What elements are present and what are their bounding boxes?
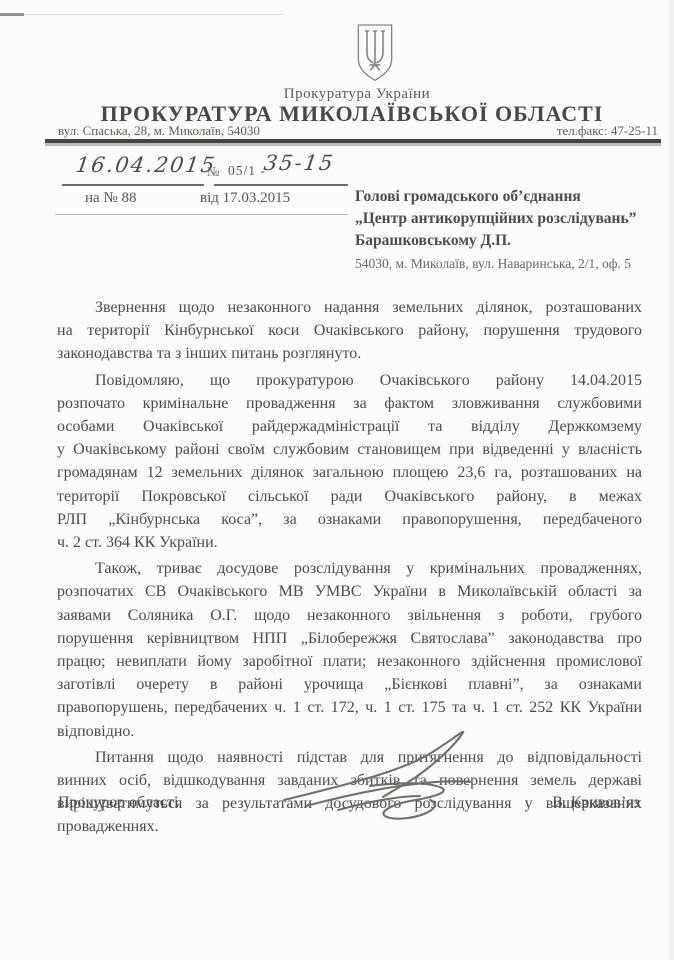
outgoing-number-typed: 05/1 - xyxy=(228,163,266,179)
outgoing-date-handwritten: 16.04.2015 xyxy=(74,153,218,177)
scanned-letter-page: Прокуратура України ПРОКУРАТУРА МИКОЛАЇВ… xyxy=(0,0,674,960)
header-divider xyxy=(45,139,661,143)
scan-artifact-line xyxy=(0,13,24,16)
paragraph-line: ч. 2 ст. 364 КК України. xyxy=(57,531,642,554)
paragraph-line: території Покровської сільської ради Оча… xyxy=(57,485,642,508)
number-symbol: № xyxy=(207,164,219,180)
form-underline xyxy=(62,184,204,186)
reply-to-number: на № 88 xyxy=(85,190,137,207)
addressee-address: 54030, м. Миколаїв, вул. Наваринська, 2/… xyxy=(355,256,647,272)
paragraph: Повідомляю, що прокуратурою Очаківського… xyxy=(57,369,642,555)
org-phone: тел.факс: 47-25-11 xyxy=(557,123,658,139)
paragraph-line: Звернення щодо незаконного надання земел… xyxy=(57,296,642,319)
ukraine-trident-emblem xyxy=(355,22,395,84)
addressee-line: Голові громадського об’єднання xyxy=(355,186,647,208)
addressee-line: Барашковському Д.П. xyxy=(355,230,647,252)
paragraph-line: розпочато кримінальне провадження за фак… xyxy=(57,392,642,415)
paragraph: Звернення щодо незаконного надання земел… xyxy=(57,296,642,366)
paragraph-line: правопорушень, передбачених ч. 1 ст. 172… xyxy=(57,696,642,719)
scan-artifact-line xyxy=(24,14,284,15)
reply-to-date: від 17.03.2015 xyxy=(200,190,290,207)
paragraph-line: законодавства та з інших питань розгляну… xyxy=(57,342,642,365)
paragraph-line: працю; невиплати йому заробітної плати; … xyxy=(57,650,642,673)
paragraph-line: заготівлі очерету в районі урочища „Бієн… xyxy=(57,673,642,696)
outgoing-number-handwritten: 35-15 xyxy=(262,151,336,175)
paragraph-line: Повідомляю, що прокуратурою Очаківського… xyxy=(57,369,642,392)
paragraph-line: громадянам 12 земельних ділянок загально… xyxy=(57,461,642,484)
paragraph-line: особами Очаківської райдержадміністрації… xyxy=(57,415,642,438)
form-underline xyxy=(214,184,348,186)
org-address: вул. Спаська, 28, м. Миколаїв, 54030 xyxy=(58,123,260,139)
signer-position: Прокурор області xyxy=(58,794,178,812)
signer-name: В. Кривов’яз xyxy=(552,794,640,812)
handwritten-signature xyxy=(278,722,493,827)
form-underline xyxy=(55,214,348,215)
paragraph-line: порушення керівництвом НПП „Білобережжя … xyxy=(57,627,642,650)
addressee-block: Голові громадського об’єднання „Центр ан… xyxy=(355,186,647,272)
addressee-line: „Центр антикорупційних розслідувань” xyxy=(355,208,647,230)
paragraph-line: РЛП „Кінбурнська коса”, за ознаками прав… xyxy=(57,508,642,531)
paragraph: Також, триває досудове розслідування у к… xyxy=(57,557,642,743)
paragraph-line: розпочатих СВ Очаківського МВ УМВС Украї… xyxy=(57,580,642,603)
paragraph-line: на території Кінбурнської коси Очаківськ… xyxy=(57,319,642,342)
paragraph-line: у Очаківському районі своїм службовим ст… xyxy=(57,438,642,461)
paragraph-line: Також, триває досудове розслідування у к… xyxy=(57,557,642,580)
paragraph-line: заявами Соляника О.Г. щодо незаконного з… xyxy=(57,604,642,627)
